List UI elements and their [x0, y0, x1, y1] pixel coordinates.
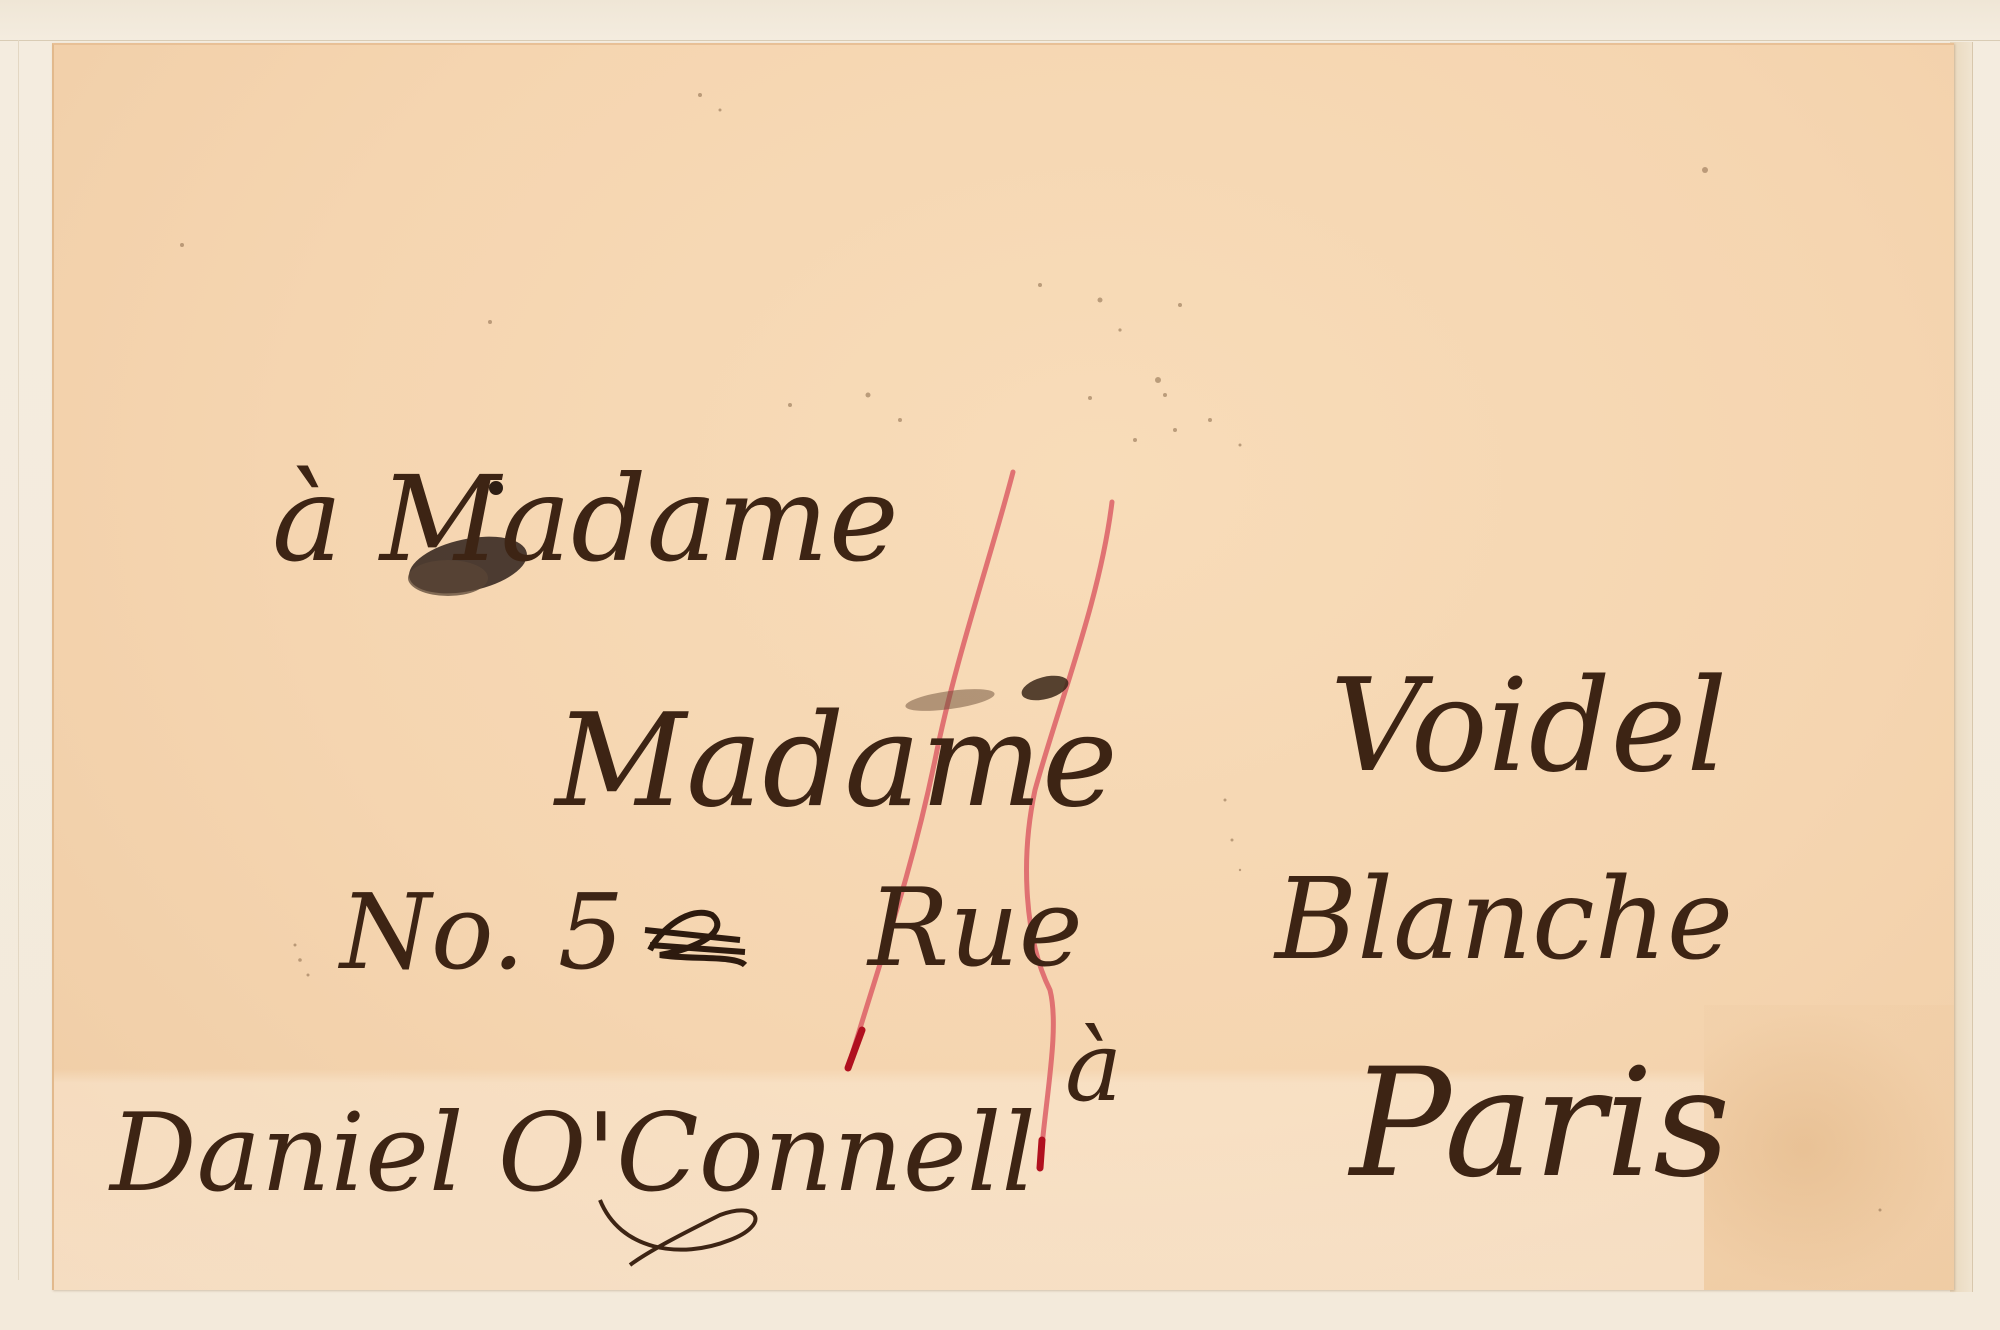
- address-recipient-surname: Voidel: [1330, 652, 1727, 801]
- address-street-name: Blanche: [1273, 855, 1733, 985]
- address-city: Paris: [1347, 1037, 1730, 1211]
- address-street-type: Rue: [866, 866, 1083, 991]
- address-preposition: à: [1065, 1011, 1122, 1123]
- handwriting-layer: à Madame Madame Voidel No. 5 Rue Blanche…: [0, 0, 2000, 1330]
- crossed-out-scribble: [645, 913, 745, 965]
- signature: Daniel O'Connell: [108, 1091, 1036, 1216]
- address-house-number: No. 5: [337, 871, 624, 993]
- address-recipient-title: Madame: [553, 687, 1118, 836]
- address-line-1: à Madame: [272, 450, 899, 588]
